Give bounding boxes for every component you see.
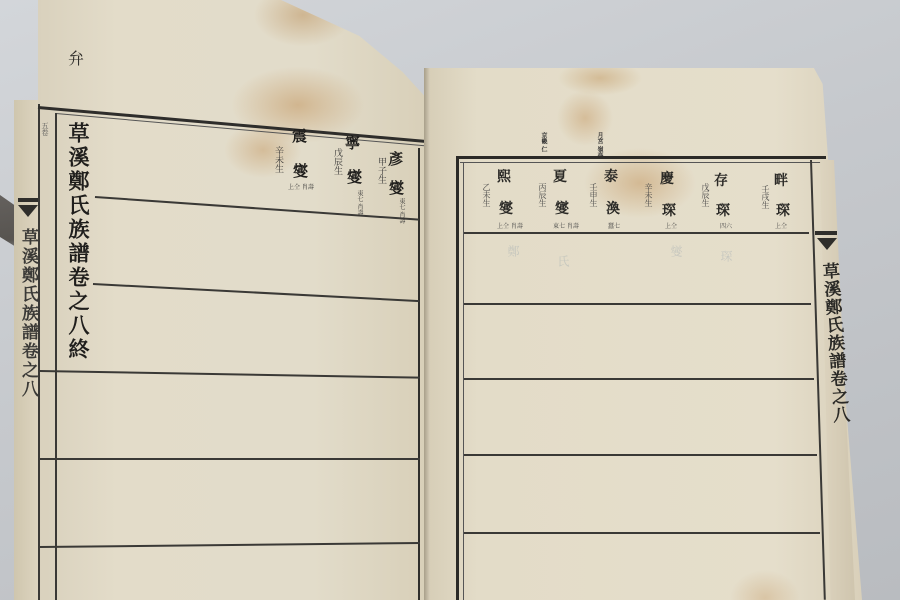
right-left-border — [456, 156, 459, 600]
left-fishtail-bar — [18, 198, 38, 202]
right-page — [425, 68, 862, 600]
left-page — [38, 0, 430, 600]
left-right-border — [418, 148, 420, 600]
entry-birth: 壬戌生 — [760, 185, 771, 209]
entry-name-top: 彥 — [388, 148, 403, 169]
entry-note: 東七 肖壽 — [397, 198, 406, 224]
right-row-line — [464, 454, 817, 456]
entry-birth: 甲子生 — [375, 157, 388, 184]
entry-birth: 壬申生 — [588, 183, 599, 207]
entry-name-top: 震 — [292, 125, 307, 146]
entry-note: 上仝 — [665, 221, 677, 230]
entry-note: 上仝 — [775, 221, 787, 230]
bleed-through-text: 氏 — [555, 255, 572, 267]
entry-name-bottom: 燮 — [293, 160, 308, 181]
right-row-line — [464, 532, 820, 534]
entry-note: 四六 — [720, 221, 732, 230]
entry-birth: 丙辰生 — [537, 183, 548, 207]
right-top-rule — [456, 156, 826, 159]
left-border-line — [38, 104, 40, 600]
bleed-through-text: 鄭 — [505, 245, 522, 257]
right-row-line — [464, 378, 814, 380]
entry-name-bottom: 燮 — [347, 166, 362, 187]
entry-birth: 辛未生 — [643, 183, 654, 207]
entry-name-bottom: 燮 — [389, 177, 404, 198]
folio-mark: 弁 — [68, 46, 84, 69]
header-note: 月宮 嶺亭 — [596, 132, 602, 158]
entry-birth: 戊辰生 — [331, 148, 344, 175]
entry-name-top: 存 — [714, 170, 728, 190]
right-fishtail-mark — [817, 238, 837, 250]
entry-note: 上仝 肖壽 — [288, 182, 314, 191]
bleed-through-text: 燮 — [668, 245, 685, 257]
margin-label: 五卷 — [40, 122, 50, 136]
entry-name-bottom: 燮 — [499, 198, 513, 218]
entry-note: 蠶七 — [608, 221, 620, 230]
left-row-line — [40, 458, 420, 460]
entry-name-bottom: 琛 — [662, 200, 676, 220]
left-inner-border — [55, 113, 57, 600]
entry-name-top: 畔 — [774, 170, 788, 190]
entry-birth: 辛未生 — [272, 146, 285, 173]
entry-note: 東七 肖壽 — [355, 190, 364, 216]
entry-name-top: 夏 — [553, 166, 567, 186]
right-row-line — [464, 232, 809, 234]
entry-name-bottom: 渙 — [606, 198, 620, 218]
right-top-rule-thin — [460, 162, 824, 163]
right-row-line — [464, 303, 811, 305]
volume-end-title: 草溪鄭氏族譜卷之八終 — [63, 122, 93, 362]
entry-name-top: 泰 — [604, 166, 618, 186]
bleed-through-text: 琛 — [718, 250, 735, 262]
entry-name-top: 寧 — [345, 132, 360, 153]
book-photo-scene: 草溪鄭氏族譜卷之八 弁 五卷 草溪鄭氏族譜卷之八終 彥 燮 甲子生 東七 肖壽 … — [0, 0, 900, 600]
entry-birth: 戊辰生 — [700, 183, 711, 207]
book-gutter — [424, 68, 430, 600]
left-fishtail-mark — [18, 205, 38, 217]
entry-name-bottom: 燮 — [555, 198, 569, 218]
right-left-border-thin — [463, 162, 464, 600]
entry-name-bottom: 琛 — [716, 200, 730, 220]
entry-name-top: 熙 — [497, 166, 511, 186]
header-note: 京畿 仁 — [540, 132, 546, 152]
right-fishtail-bar — [815, 231, 837, 235]
entry-note: 東七 肖壽 — [553, 221, 579, 230]
entry-name-bottom: 琛 — [776, 200, 790, 220]
entry-birth: 乙未生 — [481, 183, 492, 207]
entry-name-top: 慶 — [660, 168, 674, 188]
entry-note: 上仝 肖壽 — [497, 221, 523, 230]
